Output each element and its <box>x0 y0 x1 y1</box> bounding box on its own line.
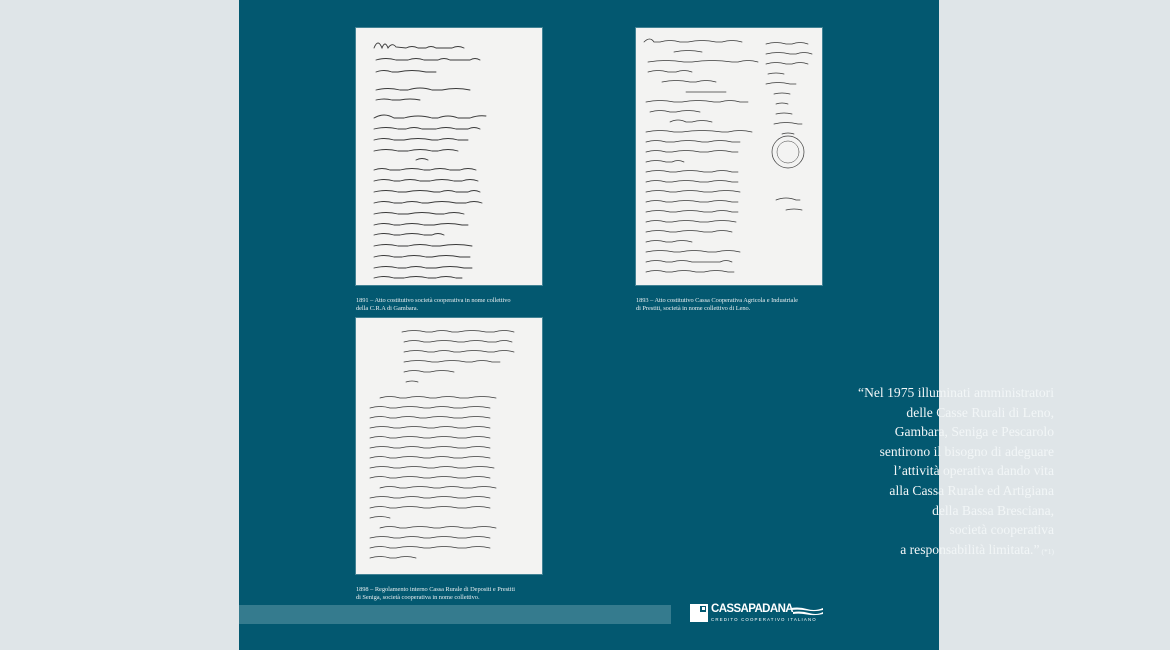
quote-line: delle Casse Rurali di Leno, <box>814 403 1054 423</box>
handwriting-scan <box>356 28 542 285</box>
quote-text: a responsabilità limitata.” <box>900 542 1039 557</box>
handwriting-scan <box>636 28 822 285</box>
cassa-padana-logo[interactable]: CASSAPADANA CREDITO COOPERATIVO ITALIANO <box>690 604 825 624</box>
caption-1898: 1898 – Regolamento interno Cassa Rurale … <box>356 586 566 601</box>
footnote-marker: (*1) <box>1042 547 1055 556</box>
caption-1891: 1891 – Atto costitutivo società cooperat… <box>356 297 556 312</box>
quote-line: sentirono il bisogno di adeguare <box>814 442 1054 462</box>
quote-line: “Nel 1975 illuminati amministratori <box>814 383 1054 403</box>
document-image-1891 <box>356 28 542 285</box>
quote-line: della Bassa Bresciana, <box>814 501 1054 521</box>
document-image-1898 <box>356 318 542 574</box>
bottom-accent-bar <box>239 605 671 624</box>
document-image-1893 <box>636 28 822 285</box>
logo-wave-icon <box>791 607 823 616</box>
caption-line: 1893 – Atto costitutivo Cassa Cooperativ… <box>636 297 846 305</box>
handwriting-scan <box>356 318 542 574</box>
historical-quote: “Nel 1975 illuminati amministratori dell… <box>814 383 1054 561</box>
caption-line: della C.R.A di Gambara. <box>356 305 556 313</box>
caption-1893: 1893 – Atto costitutivo Cassa Cooperativ… <box>636 297 846 312</box>
logo-subtitle: CREDITO COOPERATIVO ITALIANO <box>711 617 817 622</box>
logo-name: CASSAPADANA <box>711 603 793 615</box>
caption-line: di Prestiti, società in nome collettivo … <box>636 305 846 313</box>
quote-line-last: a responsabilità limitata.”(*1) <box>814 540 1054 562</box>
quote-line: alla Cassa Rurale ed Artigiana <box>814 481 1054 501</box>
caption-line: 1891 – Atto costitutivo società cooperat… <box>356 297 556 305</box>
quote-line: l’attività operativa dando vita <box>814 461 1054 481</box>
caption-line: di Seniga, società cooperativa in nome c… <box>356 594 566 602</box>
logo-mark-icon <box>690 604 708 622</box>
quote-line: società cooperativa <box>814 520 1054 540</box>
quote-line: Gambara, Seniga e Pescarolo <box>814 422 1054 442</box>
caption-line: 1898 – Regolamento interno Cassa Rurale … <box>356 586 566 594</box>
